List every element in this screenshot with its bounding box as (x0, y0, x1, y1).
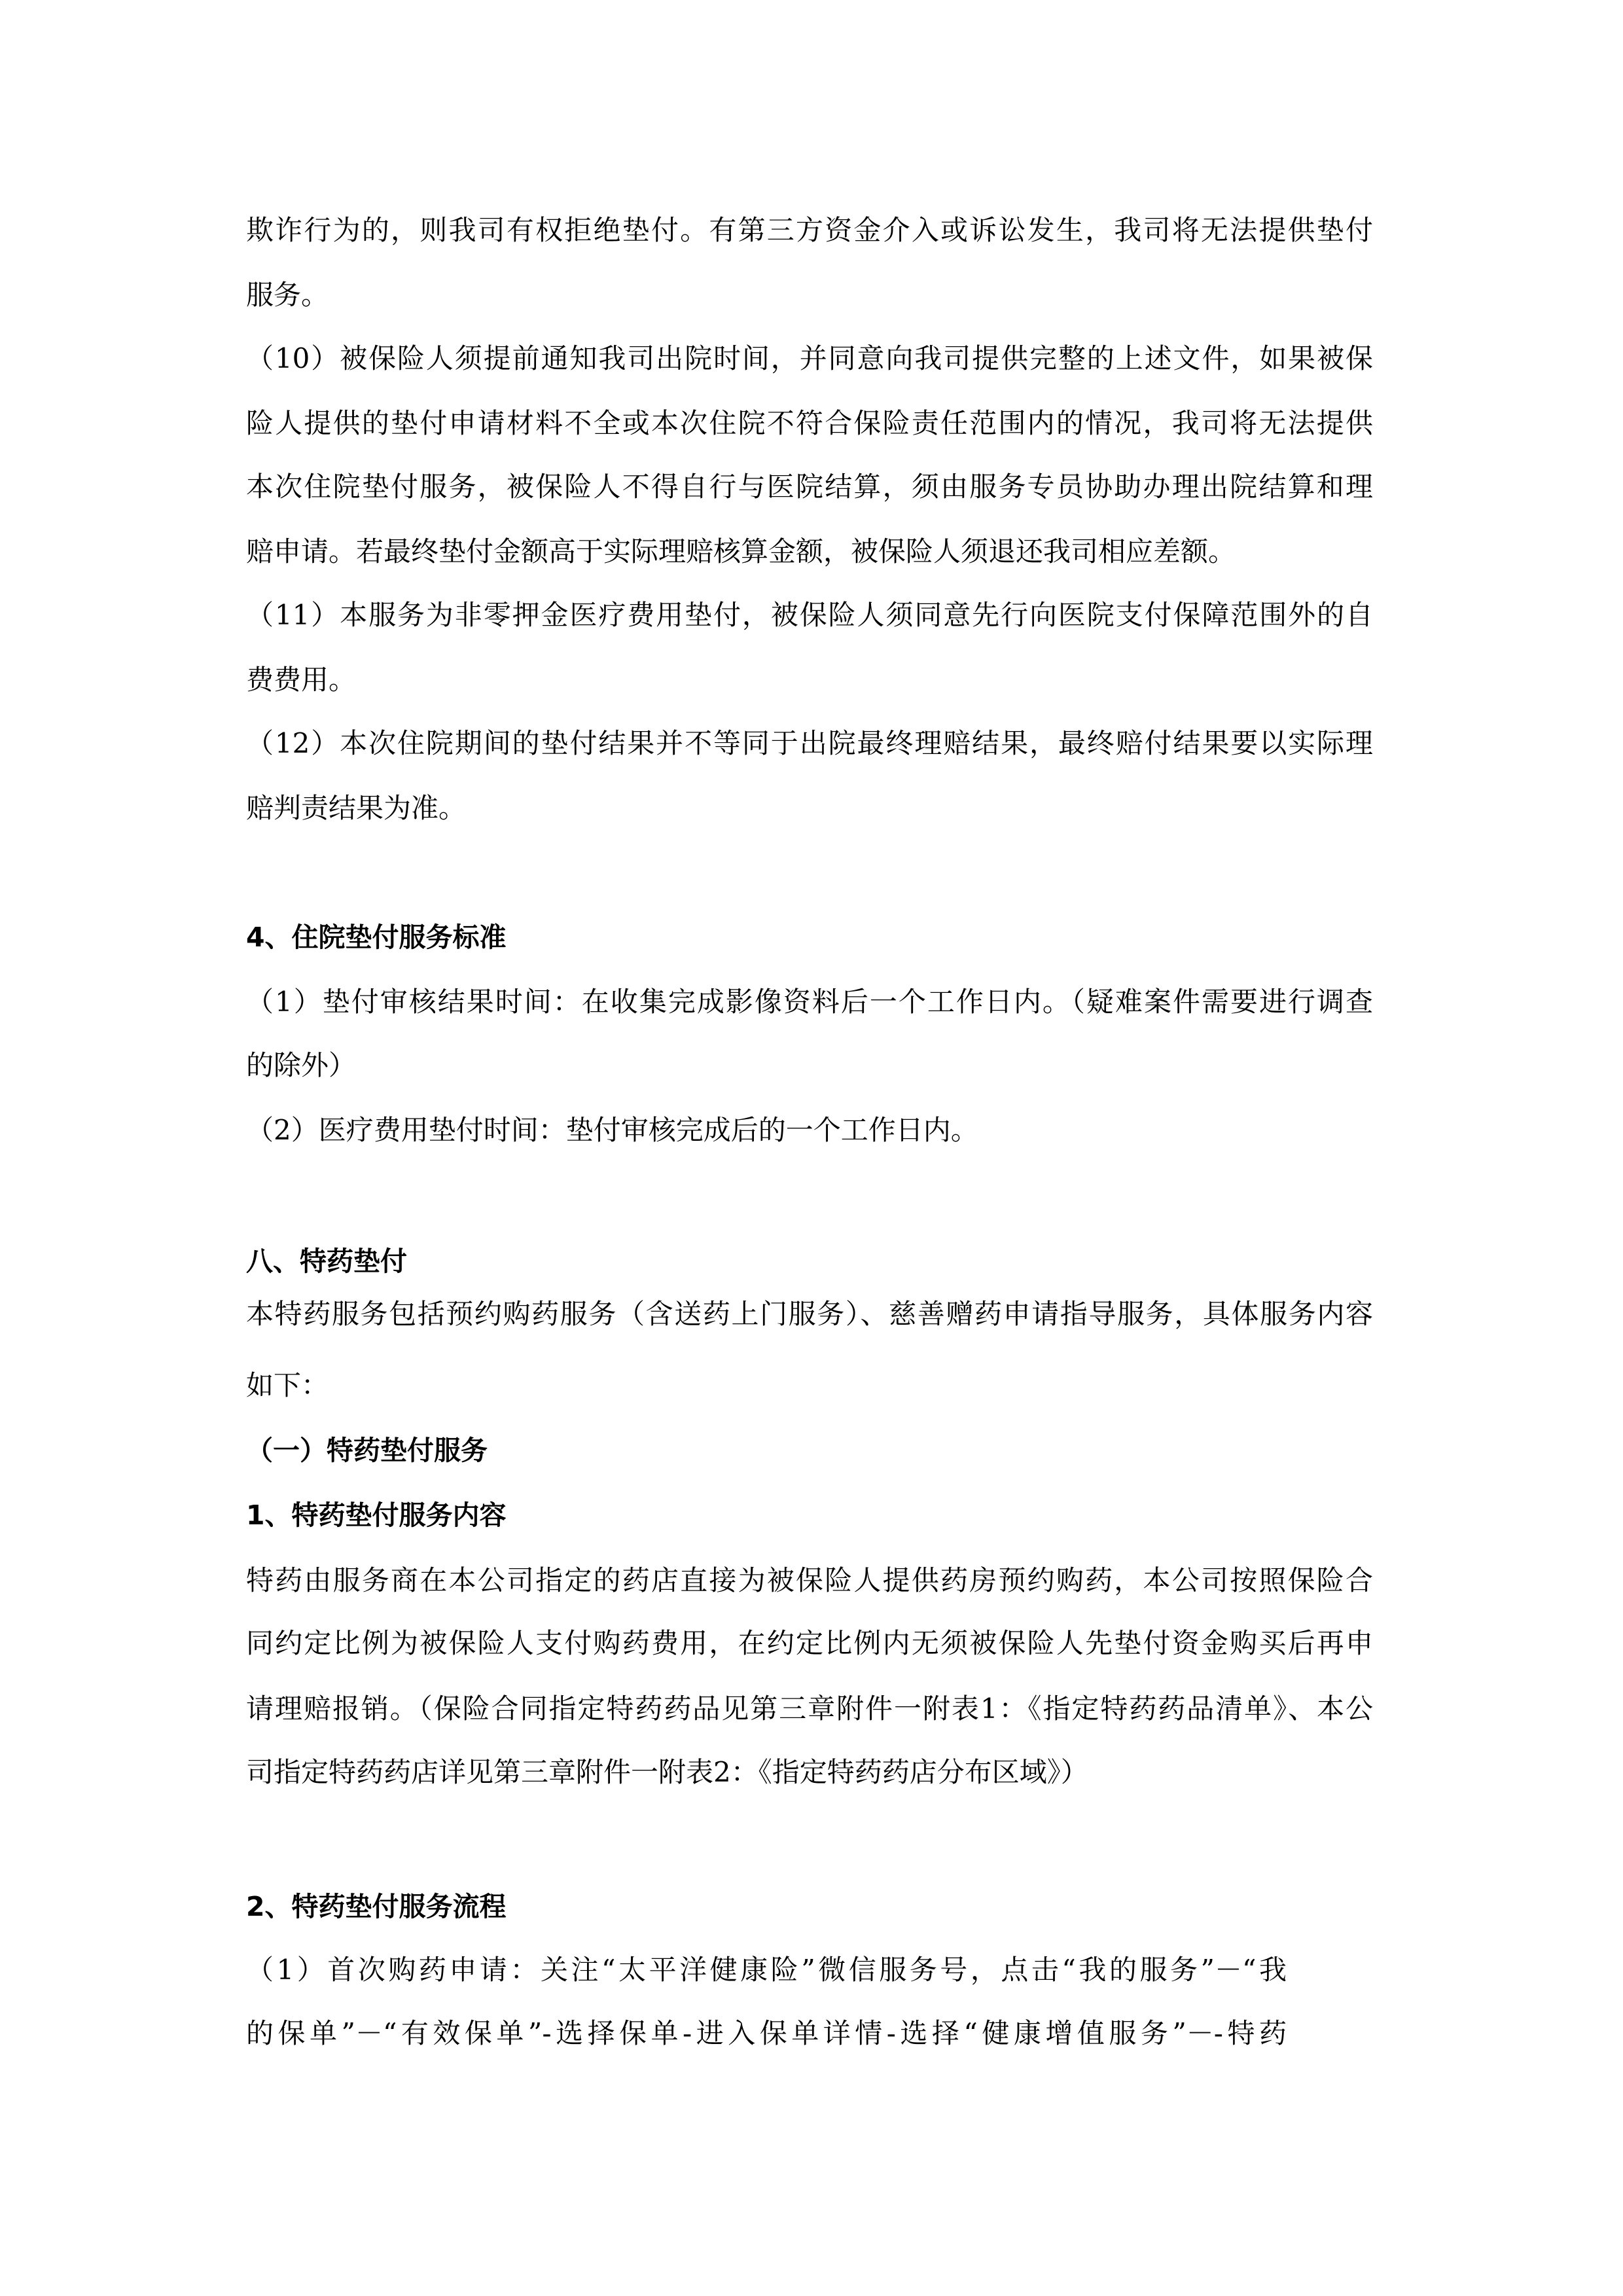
service-content-line-2: 同约定比例为被保险人支付购药费用，在约定比例内无须被保险人先垫付资金购买后再申 (246, 1624, 1373, 1663)
standard-item-1-line-2: 的除外） (246, 1046, 1373, 1085)
standard-item-1-line-1: （1）垫付审核结果时间：在收集完成影像资料后一个工作日内。（疑难案件需要进行调查 (246, 982, 1373, 1022)
paragraph-fraud-refusal-line-2: 服务。 (246, 276, 1373, 315)
document-page: 欺诈行为的，则我司有权拒绝垫付。有第三方资金介入或诉讼发生，我司将无法提供垫付 … (0, 0, 1623, 2296)
heading-service-process: 2、特药垫付服务流程 (246, 1887, 1373, 1926)
service-content-line-3: 请理赔报销。（保险合同指定特药药品见第三章附件一附表1：《指定特药药品清单》、本… (246, 1689, 1373, 1729)
service-content-line-1: 特药由服务商在本公司指定的药店直接为被保险人提供药房预约购药，本公司按照保险合 (246, 1561, 1373, 1600)
clause-12-line-2: 赔判责结果为准。 (246, 789, 1373, 828)
clause-10-line-3: 本次住院垫付服务，被保险人不得自行与医院结算，须由服务专员协助办理出院结算和理 (246, 467, 1373, 507)
clause-10-line-1: （10）被保险人须提前通知我司出院时间，并同意向我司提供完整的上述文件，如果被保 (246, 339, 1373, 378)
clause-10-line-4: 赔申请。若最终垫付金额高于实际理赔核算金额，被保险人须退还我司相应差额。 (246, 532, 1373, 571)
clause-12-line-1: （12）本次住院期间的垫付结果并不等同于出院最终理赔结果，最终赔付结果要以实际理 (246, 724, 1373, 763)
subsection-heading-special-drug-service: （一）特药垫付服务 (246, 1431, 1373, 1470)
intro-paragraph-line-2: 如下： (246, 1366, 1373, 1405)
heading-service-content: 1、特药垫付服务内容 (246, 1496, 1373, 1535)
clause-11-line-1: （11）本服务为非零押金医疗费用垫付，被保险人须同意先行向医院支付保障范围外的自 (246, 596, 1373, 635)
clause-10-line-2: 险人提供的垫付申请材料不全或本次住院不符合保险责任范围内的情况，我司将无法提供 (246, 404, 1373, 443)
clause-11-line-2: 费费用。 (246, 660, 1373, 700)
section-heading-hospital-advance-standard: 4、住院垫付服务标准 (246, 918, 1373, 957)
service-content-line-4: 司指定特药药店详见第三章附件一附表2：《指定特药药店分布区域》） (246, 1753, 1373, 1792)
paragraph-fraud-refusal-line-1: 欺诈行为的，则我司有权拒绝垫付。有第三方资金介入或诉讼发生，我司将无法提供垫付 (246, 211, 1373, 250)
process-step-1-line-1: （1）首次购药申请：关注“太平洋健康险”微信服务号，点击“我的服务”－“我 (246, 1950, 1287, 1990)
chapter-heading-special-drug-advance: 八、特药垫付 (246, 1242, 1373, 1281)
process-step-1-line-2: 的保单”－“有效保单”-选择保单-进入保单详情-选择“健康增值服务”－-特药 (246, 2014, 1287, 2053)
intro-paragraph-line-1: 本特药服务包括预约购药服务（含送药上门服务）、慈善赠药申请指导服务，具体服务内容 (246, 1295, 1373, 1334)
standard-item-2: （2）医疗费用垫付时间：垫付审核完成后的一个工作日内。 (246, 1111, 1373, 1150)
